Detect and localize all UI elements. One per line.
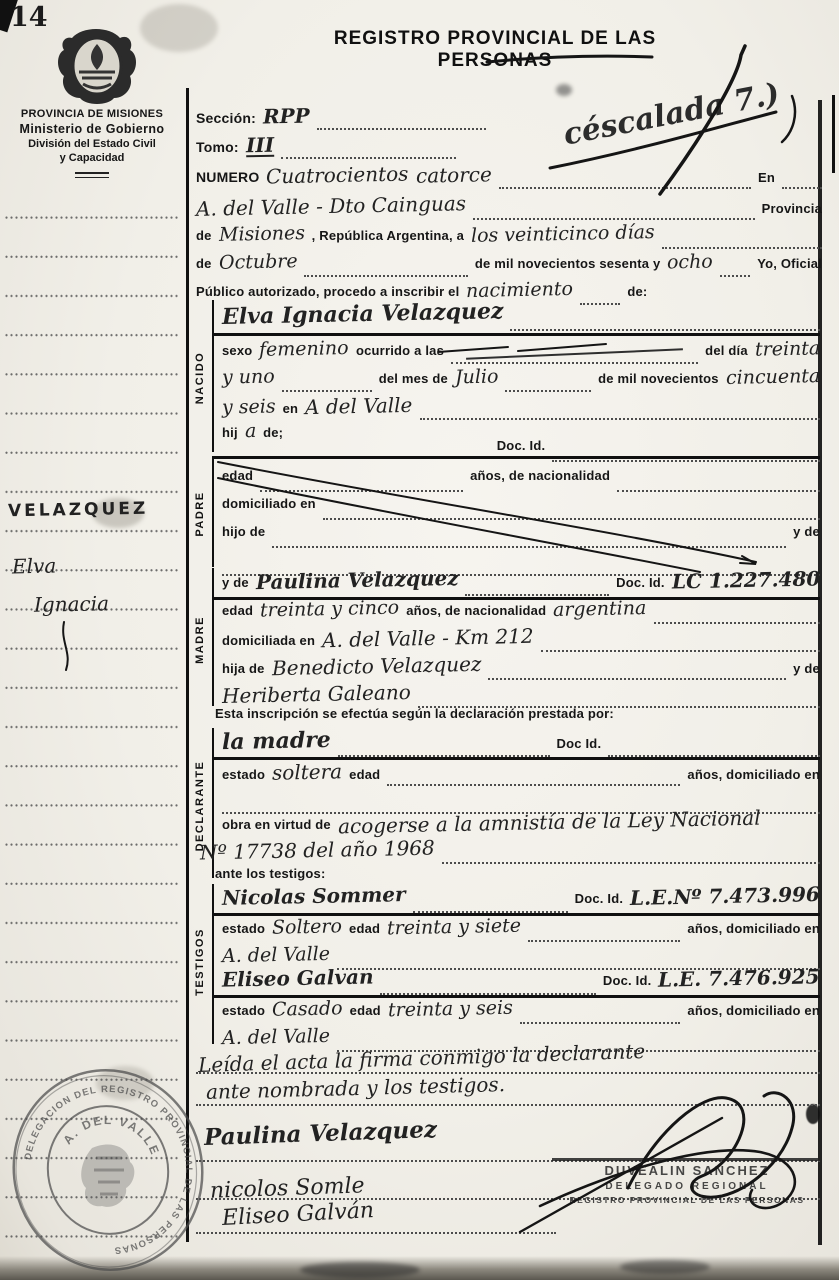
testigo2-domicilio: A. del Valle	[222, 1027, 330, 1048]
declarante-estado-row: estado soltera edad años, domiciliado en	[222, 762, 820, 786]
madre-nombre: Paulina Velazquez	[256, 568, 459, 592]
de-label: de:	[627, 284, 647, 299]
dotted-leader	[488, 675, 786, 680]
letterhead-line-3: División del Estado Civil	[6, 138, 178, 150]
dotted-leader	[380, 990, 595, 995]
tomo-label: Tomo:	[196, 139, 239, 155]
ruled-dotted-line	[196, 1230, 556, 1234]
stain	[556, 84, 572, 96]
anio-value-2: y seis	[222, 397, 276, 417]
margin-surname: VELAZQUEZ	[8, 501, 149, 520]
seccion-value: RPP	[263, 106, 310, 127]
label-column-line	[212, 459, 214, 567]
docid-label: Doc Id.	[557, 736, 602, 751]
official-stamp: DUVEALIN SANCHEZ DELEGADO REGIONAL REGIS…	[552, 1158, 822, 1205]
docid-label: Doc. Id.	[497, 438, 546, 453]
testigo2-nombre: Eliseo Galvan	[222, 966, 374, 989]
hijo-label: hijo de	[222, 524, 265, 539]
testigo1-estado-row: estado Soltero edad treinta y siete años…	[222, 918, 820, 942]
obra-label: obra en virtud de	[222, 817, 331, 832]
abuela-materna: Heriberta Galeano	[222, 682, 411, 706]
yde-label: y de	[793, 661, 820, 676]
mes-value: Octubre	[218, 252, 297, 273]
field-lugar: A. del Valle - Dto Cainguas Provincia	[196, 196, 822, 220]
edad-label: edad	[222, 603, 253, 618]
dia-value: treinta	[755, 339, 821, 359]
dotted-leader	[720, 272, 750, 277]
field-provincia: de Misiones , República Argentina, a los…	[196, 225, 822, 249]
declarante-quien-row: la madre Doc Id.	[222, 730, 820, 757]
dotted-leader	[782, 184, 822, 189]
letterhead: PROVINCIA DE MISIONES Ministerio de Gobi…	[6, 108, 178, 178]
domicilio-label: años, domiciliado en	[687, 767, 820, 782]
padre-hijo-row: hijo de y de	[222, 524, 820, 548]
section-label-madre: MADRE	[194, 616, 206, 664]
abuelo-materno: Benedicto Velazquez	[271, 654, 481, 678]
numero-value: Cuatrocientos	[266, 164, 409, 187]
hora-label: ocurrido a las	[356, 343, 444, 358]
madre-domicilio: A. del Valle - Km 212	[322, 626, 534, 650]
nacido-nombre-row: Elva Ignacia Velazquez	[222, 303, 820, 331]
official-stamp-title: DELEGADO REGIONAL	[552, 1181, 822, 1192]
provincial-seal-icon	[52, 26, 142, 112]
dotted-leader	[442, 859, 820, 864]
section-label-nacido: NACIDO	[194, 352, 206, 404]
dotted-leader	[323, 515, 820, 520]
declarante-estado: soltera	[272, 761, 342, 782]
docid-label: Doc. Id.	[575, 891, 624, 906]
dotted-leader	[465, 591, 609, 596]
section-label-padre: PADRE	[194, 491, 206, 536]
docid-label: Doc. Id.	[616, 575, 665, 590]
field-tomo: Tomo: III	[196, 135, 456, 159]
edad-label: edad	[350, 1003, 381, 1018]
edad-label: edad	[349, 767, 380, 782]
dotted-leader	[505, 387, 591, 392]
mes-value: Julio	[455, 368, 499, 388]
provincia-value: Misiones	[218, 224, 304, 245]
ruled-dotted-line	[196, 1102, 820, 1106]
annotation-paren	[782, 96, 795, 142]
nacionalidad-label: años, de nacionalidad	[406, 603, 546, 618]
blank-space	[222, 459, 490, 462]
testigo2-estado-row: estado Casado edad treinta y seis años, …	[222, 1000, 820, 1024]
ante-testigos-label: ante los testigos:	[215, 866, 326, 881]
dotted-leader	[272, 543, 786, 548]
field-seccion: Sección: RPP	[196, 106, 486, 130]
section-rule	[212, 333, 820, 336]
round-stamp: DELEGACION DEL REGISTRO PROVINCIAL DE LA…	[0, 1058, 225, 1280]
declarante-obra-row: obra en virtud de acogerse a la amnistía…	[222, 812, 820, 836]
de-label: de	[196, 256, 212, 271]
nacido-sexo-row: sexo femenino ocurrido a las del día tre…	[222, 340, 820, 364]
numero-label: NUMERO	[196, 169, 259, 185]
dia-label: del día	[705, 343, 748, 358]
lugar-value: A del Valle	[305, 395, 413, 417]
domicilio-label: años, domiciliado en	[687, 921, 820, 936]
stain	[300, 1262, 420, 1278]
yde-label: y de	[793, 524, 820, 539]
estado-label: estado	[222, 767, 265, 782]
dia-value-2: y uno	[222, 367, 275, 387]
yde-label: y de	[222, 575, 249, 590]
nacido-docid-row: Doc. Id.	[222, 438, 820, 462]
seccion-label: Sección:	[196, 110, 256, 126]
hija-label: hija de	[222, 661, 265, 676]
dotted-leader	[520, 1019, 681, 1024]
scanned-birth-record-page: 14 PROVINCIA DE MISIONES Ministerio de G…	[0, 0, 839, 1280]
dotted-leader	[338, 752, 550, 757]
testigo2-estado: Casado	[272, 999, 343, 1019]
domicilio-label: domiciliado en	[222, 496, 316, 511]
round-stamp-emblem	[81, 1144, 134, 1206]
dotted-leader	[654, 619, 820, 624]
nacido-nombre: Elva Ignacia Velazquez	[222, 300, 504, 328]
testigo1-estado: Soltero	[272, 917, 342, 937]
dotted-leader	[499, 184, 751, 189]
label-column-line	[212, 300, 214, 452]
madre-edad: treinta y cinco	[260, 599, 399, 621]
signature-testigo1: nicolos Somle	[210, 1175, 365, 1202]
nacido-lugar-row: y seis en A del Valle	[222, 396, 820, 420]
padre-edad-row: edad años, de nacionalidad	[222, 468, 820, 492]
label-column-line	[212, 884, 214, 1044]
testigo1-edad: treinta y siete	[387, 917, 521, 939]
anio-value: cincuenta	[726, 367, 821, 388]
domicilio-label: domiciliada en	[222, 633, 315, 648]
letterhead-line-1: PROVINCIA DE MISIONES	[6, 108, 178, 120]
yo-oficial-label: Yo, Oficial	[757, 256, 822, 271]
declaracion-label: Esta inscripción se efectúa según la dec…	[215, 706, 614, 721]
numero-annotation: céscalada 7.)	[561, 79, 782, 150]
siglo-label: de mil novecientos	[598, 371, 719, 386]
de-label: de	[196, 228, 212, 243]
official-stamp-name: DUVEALIN SANCHEZ	[552, 1158, 822, 1178]
padre-domicilio-row: domiciliado en	[222, 496, 820, 520]
dotted-leader	[662, 244, 822, 249]
edad-label: edad	[349, 921, 380, 936]
estado-label: estado	[222, 921, 265, 936]
form-title: REGISTRO PROVINCIAL DE LAS PERSONAS	[290, 28, 700, 72]
obra-value-2: Nº 17738 del año 1968	[200, 838, 435, 863]
dotted-leader	[282, 387, 372, 392]
dotted-leader	[510, 326, 820, 331]
provincia-label: Provincia	[762, 201, 822, 216]
signature-madre: Paulina Velazquez	[204, 1118, 438, 1149]
estado-label: estado	[222, 1003, 265, 1018]
margin-given-name: Elva	[12, 556, 57, 577]
section-label-declarante: DECLARANTE	[194, 761, 206, 852]
dotted-leader	[608, 752, 820, 757]
dotted-leader	[387, 781, 680, 786]
sexo-value: femenino	[259, 339, 349, 360]
stain	[620, 1260, 710, 1274]
declarante-value: la madre	[222, 729, 331, 753]
nacido-fecha-row: y uno del mes de Julio de mil noveciento…	[222, 368, 820, 392]
dias-value: los veinticinco días	[471, 223, 655, 246]
siglo-label: de mil novecientos sesenta y	[475, 256, 661, 271]
declarante-ley-row: Nº 17738 del año 1968	[200, 840, 820, 864]
signature-testigo2: Eliseo Galván	[222, 1200, 375, 1230]
dotted-leader	[541, 647, 820, 652]
official-stamp-office: REGISTRO PROVINCIAL DE LAS PERSONAS	[552, 1195, 822, 1205]
testigo1-nombre: Nicolas Sommer	[222, 884, 406, 908]
dotted-leader-struck	[451, 359, 698, 364]
section-label-testigos: TESTIGOS	[194, 928, 206, 996]
anio-value: ocho	[667, 253, 713, 273]
inscribir-label: Público autorizado, procedo a inscribir …	[196, 284, 459, 299]
sexo-label: sexo	[222, 343, 252, 358]
label-column-line	[212, 568, 214, 706]
testigo2-nombre-row: Eliseo Galvan Doc. Id. L.E. 7.476.925	[222, 968, 820, 995]
docid-label: Doc. Id.	[603, 973, 652, 988]
madre-abuela-row: Heriberta Galeano	[222, 684, 820, 708]
field-inscribir: Público autorizado, procedo a inscribir …	[196, 281, 822, 305]
madre-nacionalidad: argentina	[553, 599, 647, 620]
dotted-leader	[413, 908, 568, 913]
testigo2-edad: treinta y seis	[388, 999, 513, 1021]
en-label: en	[283, 401, 299, 416]
stain	[140, 4, 218, 52]
madre-edad-row: edad treinta y cinco años, de nacionalid…	[222, 600, 820, 624]
testigo1-docid: L.E.Nº 7.473.996	[630, 884, 820, 908]
lugar-value: A. del Valle - Dto Cainguas	[196, 193, 466, 219]
obra-value-1: acogerse a la amnistía de la Ley Naciona…	[338, 808, 761, 837]
dotted-leader	[552, 457, 820, 462]
dotted-leader	[281, 154, 456, 159]
letterhead-line-2: Ministerio de Gobierno	[6, 122, 178, 136]
closing-line-2: ante nombrada y los testigos.	[206, 1074, 505, 1102]
mes-label: del mes de	[379, 371, 448, 386]
field-mes-anio: de Octubre de mil novecientos sesenta y …	[196, 253, 822, 277]
madre-domicilio-row: domiciliada en A. del Valle - Km 212	[222, 628, 820, 652]
testigo1-domicilio: A. del Valle	[222, 945, 330, 966]
field-numero: NUMERO Cuatrocientos catorce En	[196, 165, 822, 189]
edad-label: edad	[222, 468, 253, 483]
domicilio-label: años, domiciliado en	[687, 1003, 820, 1018]
edge-artifact-line	[832, 95, 835, 173]
madre-nombre-row: y de Paulina Velazquez Doc. Id. LC 1.227…	[222, 570, 820, 596]
en-label: En	[758, 170, 775, 185]
dotted-leader	[317, 125, 486, 130]
madre-hija-row: hija de Benedicto Velazquez y de	[222, 656, 820, 680]
dotted-leader	[304, 272, 468, 277]
testigo1-nombre-row: Nicolas Sommer Doc. Id. L.E.Nº 7.473.996	[222, 886, 820, 913]
tomo-value: III	[246, 135, 275, 158]
dotted-leader	[260, 487, 463, 492]
numero-value-2: catorce	[416, 164, 492, 186]
page-number: 14	[10, 2, 48, 33]
republica-label: , República Argentina, a	[312, 228, 464, 243]
dotted-leader	[617, 487, 820, 492]
margin-middle-name: Ignacia	[34, 593, 109, 615]
dotted-leader	[473, 215, 755, 220]
testigo2-docid: L.E. 7.476.925	[658, 966, 820, 989]
dotted-leader	[420, 415, 820, 420]
letterhead-rule	[75, 172, 109, 178]
ruled-dotted-line	[196, 1070, 820, 1074]
nacionalidad-label: años, de nacionalidad	[470, 468, 610, 483]
dotted-leader	[528, 937, 680, 942]
madre-docid: LC 1.227.480	[672, 568, 821, 591]
letterhead-line-4: y Capacidad	[6, 152, 178, 164]
